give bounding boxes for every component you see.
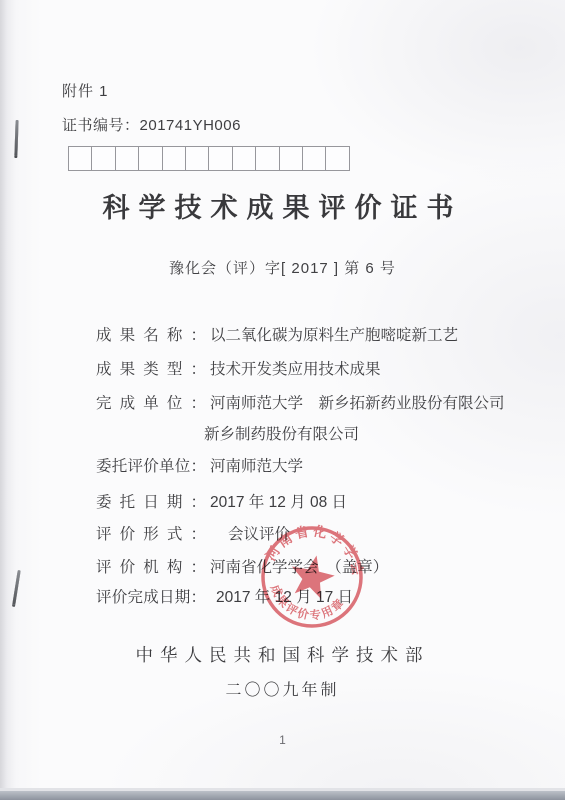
grid-cell bbox=[280, 146, 303, 171]
staple-mark-bottom bbox=[12, 570, 20, 605]
edition-year: 二〇〇九年制 bbox=[0, 677, 565, 700]
field-label: 评价机构： bbox=[96, 557, 206, 579]
field-label: 委托日期： bbox=[96, 492, 206, 514]
document-reference-number: 豫化会（评）字[ 2017 ] 第 6 号 bbox=[0, 257, 565, 278]
field-value: 新乡制药股份有限公司 bbox=[200, 424, 359, 446]
cert-number-value: 201741YH006 bbox=[140, 117, 241, 134]
grid-cell bbox=[92, 146, 115, 171]
field-row-achievement-type: 成果类型：技术开发类应用技术成果 bbox=[96, 359, 381, 381]
grid-cell bbox=[303, 146, 326, 171]
issuing-authority: 中华人民共和国科学技术部 bbox=[0, 642, 565, 667]
certificate-page: 附件 1 证书编号：201741YH006 科学技术成果评价证书 豫化会（评）字… bbox=[0, 0, 565, 800]
grid-cell bbox=[209, 146, 232, 171]
field-row-completing-units-continued: 新乡制药股份有限公司 bbox=[200, 424, 359, 446]
field-value: 2017 年 12 月 08 日 bbox=[206, 492, 347, 514]
field-value: 河南师范大学 新乡拓新药业股份有限公司 bbox=[206, 393, 505, 415]
cert-number-label: 证书编号： bbox=[62, 117, 140, 134]
field-value: 河南师范大学 bbox=[206, 456, 303, 478]
field-row-evaluation-completion-date: 评价完成日期：2017 年 12 月 17 日 bbox=[96, 587, 353, 609]
field-value: 技术开发类应用技术成果 bbox=[206, 359, 381, 381]
grid-cell bbox=[326, 146, 349, 171]
field-label: 评价完成日期： bbox=[96, 587, 206, 609]
field-value: 河南省化学学会 （盖章） bbox=[206, 557, 388, 579]
grid-cell bbox=[186, 146, 209, 171]
field-value: 以二氧化碳为原料生产胞嘧啶新工艺 bbox=[206, 325, 458, 347]
field-label: 成果名称： bbox=[96, 325, 206, 347]
grid-cell bbox=[68, 146, 92, 171]
field-label: 委托评价单位： bbox=[96, 456, 206, 478]
field-row-evaluation-agency: 评价机构：河南省化学学会 （盖章） bbox=[96, 557, 388, 579]
field-value: 会议评价 bbox=[206, 524, 290, 546]
page-bottom-edge-shadow bbox=[0, 791, 565, 800]
grid-cell bbox=[256, 146, 279, 171]
field-row-evaluation-form: 评价形式：会议评价 bbox=[96, 524, 290, 546]
field-label: 成果类型： bbox=[96, 359, 206, 381]
certificate-title: 科学技术成果评价证书 bbox=[0, 186, 565, 225]
grid-cell bbox=[163, 146, 186, 171]
field-row-entrust-date: 委托日期：2017 年 12 月 08 日 bbox=[96, 492, 347, 514]
grid-cell bbox=[116, 146, 139, 171]
grid-cell bbox=[139, 146, 162, 171]
cert-number-line: 证书编号：201741YH006 bbox=[62, 114, 241, 135]
staple-mark-top bbox=[14, 120, 18, 156]
grid-cell bbox=[233, 146, 256, 171]
cert-number-grid bbox=[68, 146, 350, 171]
page-number: 1 bbox=[0, 733, 565, 747]
field-label: 完成单位： bbox=[96, 393, 206, 415]
field-row-achievement-name: 成果名称：以二氧化碳为原料生产胞嘧啶新工艺 bbox=[96, 325, 458, 347]
attachment-label: 附件 1 bbox=[62, 80, 109, 101]
field-value: 2017 年 12 月 17 日 bbox=[206, 587, 353, 609]
field-row-completing-units: 完成单位：河南师范大学 新乡拓新药业股份有限公司 bbox=[96, 393, 505, 415]
field-row-entrusting-unit: 委托评价单位：河南师范大学 bbox=[96, 456, 303, 478]
field-label: 评价形式： bbox=[96, 524, 206, 546]
